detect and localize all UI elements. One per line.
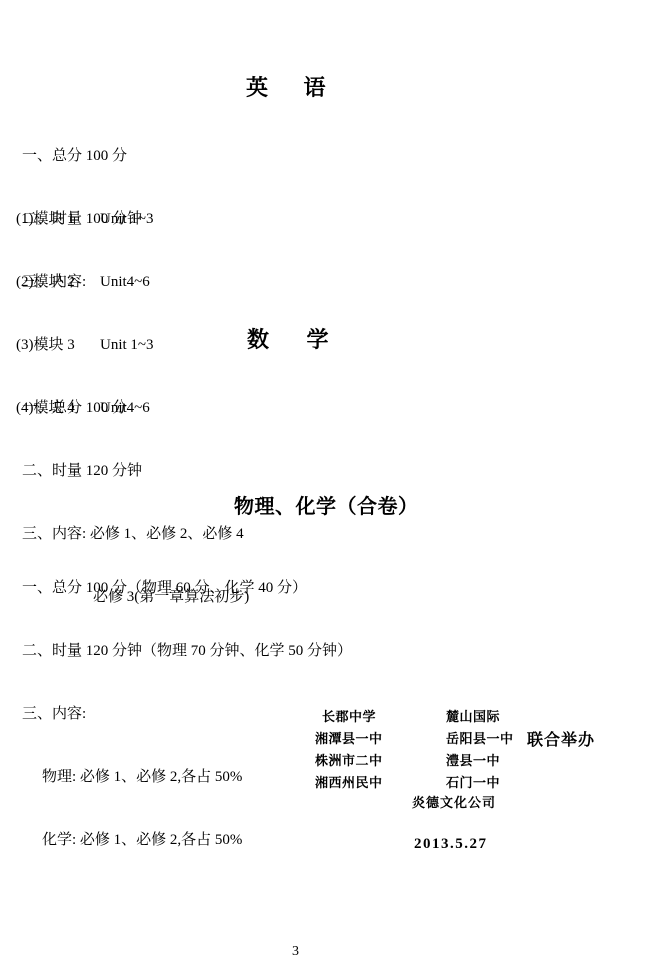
pc-rule-content: 三、内容: — [22, 704, 352, 725]
module-row: (1)模块 1 Unit 1~3 — [16, 209, 154, 230]
company-name: 炎德文化公司 — [412, 792, 496, 811]
module-label: (2)模块 2 — [16, 272, 100, 293]
organizer-school: 长郡中学 — [315, 706, 376, 725]
document-page: 英 语 一、总分 100 分 二、时量 100 分钟 三、内容: (1)模块 1… — [0, 0, 669, 976]
module-row: (2)模块 2 Unit4~6 — [16, 272, 154, 293]
module-row: (3)模块 3 Unit 1~3 — [16, 335, 154, 356]
organizer-school: 株洲市二中 — [315, 750, 383, 769]
module-unit: Unit 1~3 — [100, 335, 154, 356]
section-title-physics-chemistry: 物理、化学（合卷） — [234, 490, 419, 519]
page-number: 3 — [292, 944, 299, 960]
module-unit: Unit4~6 — [100, 272, 150, 293]
pc-rule-physics: 物理: 必修 1、必修 2,各占 50% — [22, 767, 352, 788]
organizer-school: 岳阳县一中 — [446, 728, 514, 747]
section-title-math: 数 学 — [247, 323, 329, 354]
pc-rule-chemistry: 化学: 必修 1、必修 2,各占 50% — [22, 830, 352, 851]
math-rule-time: 二、时量 120 分钟 — [22, 461, 249, 482]
module-label: (1)模块 1 — [16, 209, 100, 230]
module-label: (3)模块 3 — [16, 335, 100, 356]
document-date: 2013.5.27 — [414, 836, 488, 853]
english-rule-total: 一、总分 100 分 — [22, 146, 142, 167]
organizer-school: 湘潭县一中 — [315, 728, 383, 747]
organizer-school: 澧县一中 — [446, 750, 500, 769]
pc-rule-time: 二、时量 120 分钟（物理 70 分钟、化学 50 分钟） — [22, 641, 352, 662]
organizer-school: 石门一中 — [446, 772, 500, 791]
math-rule-total: 一、总分 100 分 — [22, 398, 249, 419]
pc-rule-total: 一、总分 100 分（物理 60 分、化学 40 分） — [22, 578, 352, 599]
module-unit: Unit 1~3 — [100, 209, 154, 230]
organizer-school: 麓山国际 — [446, 706, 500, 725]
organizer-school: 湘西州民中 — [315, 772, 383, 791]
section-title-english: 英 语 — [246, 71, 326, 102]
joint-organizer-label: 联合举办 — [527, 727, 595, 750]
physics-chemistry-rules-list: 一、总分 100 分（物理 60 分、化学 40 分） 二、时量 120 分钟（… — [22, 536, 352, 893]
